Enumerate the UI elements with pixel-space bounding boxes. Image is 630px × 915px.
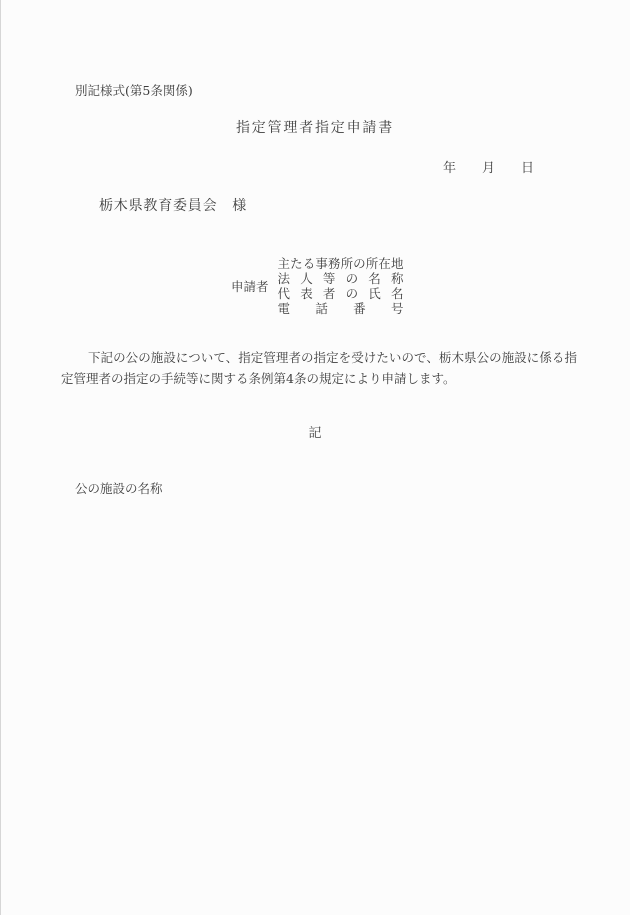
facility-name-label: 公の施設の名称 xyxy=(75,481,163,496)
applicant-fields: 主たる事務所の所在地 法人等の名称 代表者の氏名 電話番号 xyxy=(278,256,404,316)
application-form-page: 別記様式(第5条関係) 指定管理者指定申請書 年 月 日 栃木県教育委員会 様 … xyxy=(0,0,630,915)
applicant-field-office-address: 主たる事務所の所在地 xyxy=(278,256,404,271)
record-marker: 記 xyxy=(0,426,630,442)
applicant-field-phone-number: 電話番号 xyxy=(278,301,404,316)
date-line: 年 月 日 xyxy=(443,161,534,177)
document-title: 指定管理者指定申請書 xyxy=(0,120,630,137)
applicant-label: 申請者 xyxy=(231,279,269,294)
addressee-line: 栃木県教育委員会 様 xyxy=(99,198,247,215)
applicant-field-representative-name: 代表者の氏名 xyxy=(278,286,404,301)
form-style-note: 別記様式(第5条関係) xyxy=(75,83,193,98)
page-edge-line xyxy=(0,0,1,915)
applicant-field-corporation-name: 法人等の名称 xyxy=(278,271,404,286)
applicant-block: 申請者 主たる事務所の所在地 法人等の名称 代表者の氏名 電話番号 xyxy=(231,256,404,316)
application-body-text: 下記の公の施設について、指定管理者の指定を受けたいので、栃木県公の施設に係る指定… xyxy=(61,347,577,389)
